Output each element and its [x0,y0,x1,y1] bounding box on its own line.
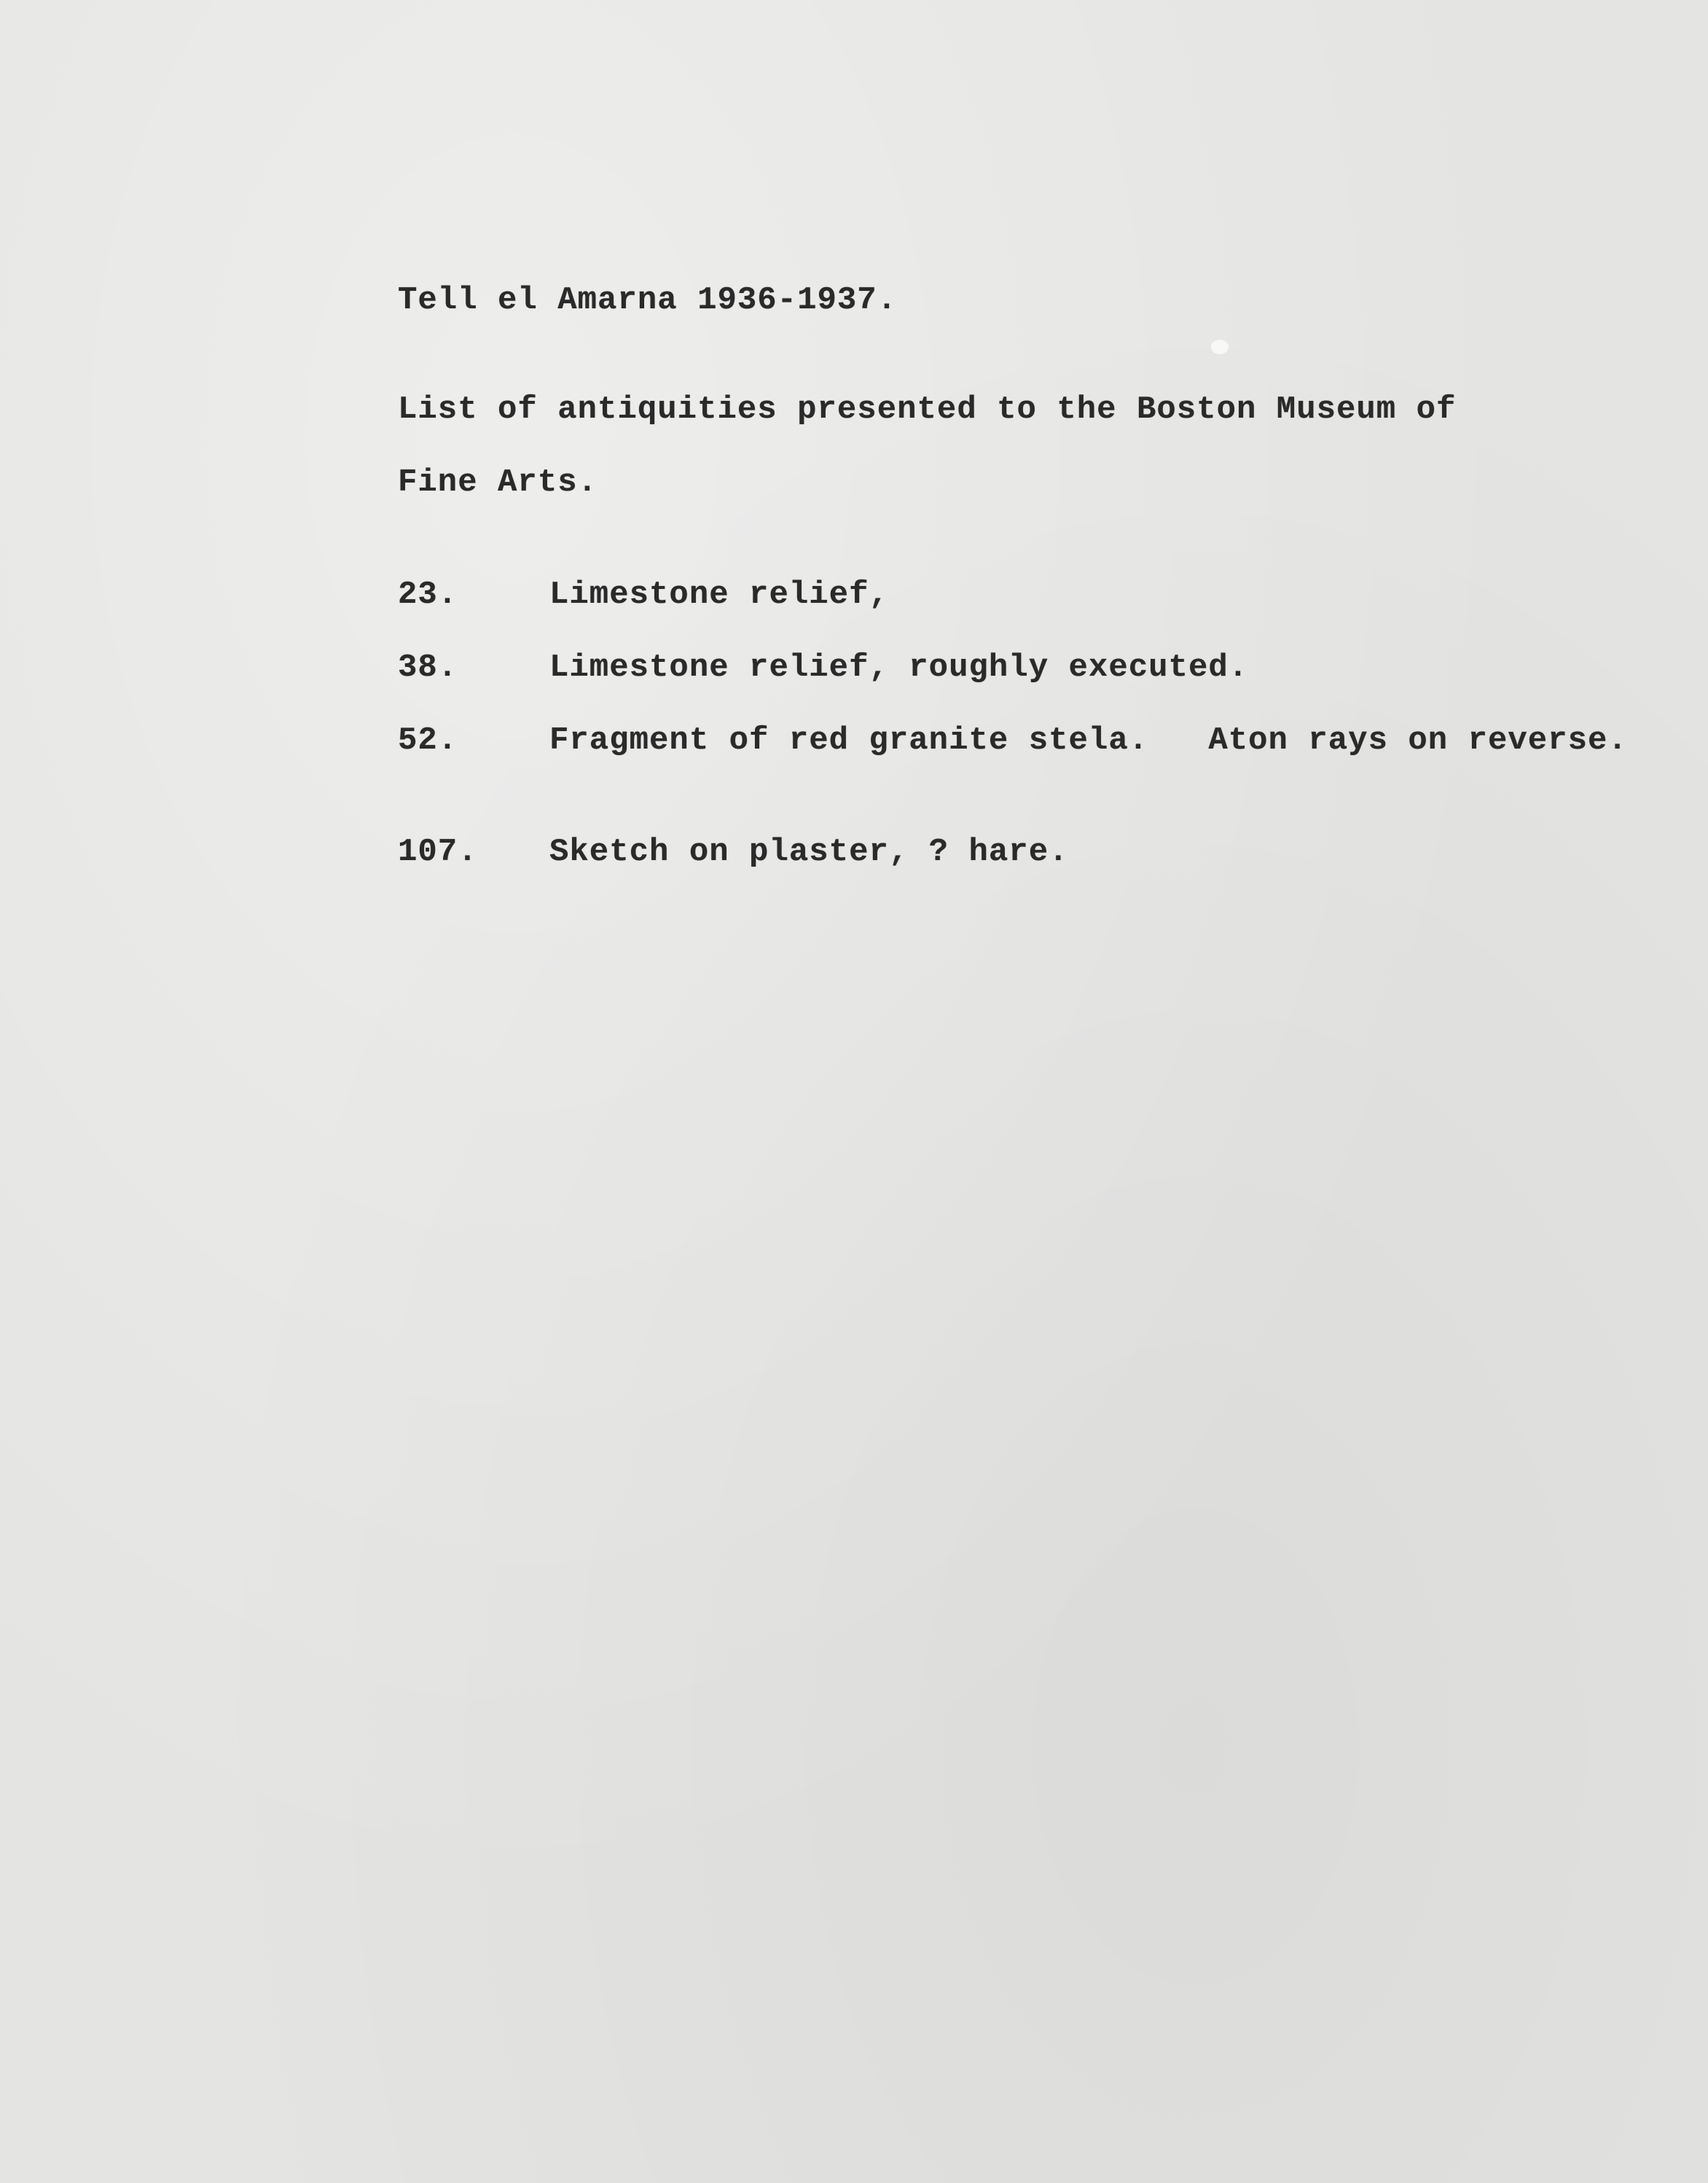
item-description: Fragment of red granite stela. Aton rays… [549,722,1701,759]
item-description: Limestone relief, roughly executed. [549,649,1701,687]
typed-document-page: Tell el Amarna 1936-1937. List of antiqu… [0,0,1708,2183]
item-description: Sketch on plaster, ? hare. [549,833,1701,871]
item-number: 38. [398,649,458,687]
paper-speck [1211,340,1229,354]
item-number: 107. [398,833,478,871]
item-number: 52. [398,722,458,759]
item-number: 23. [398,576,458,614]
document-title: Tell el Amarna 1936-1937. [398,284,897,316]
intro-text-line-1: List of antiquities presented to the Bos… [398,394,1456,426]
intro-text-line-2: Fine Arts. [398,466,598,499]
item-description: Limestone relief, [549,576,1701,614]
